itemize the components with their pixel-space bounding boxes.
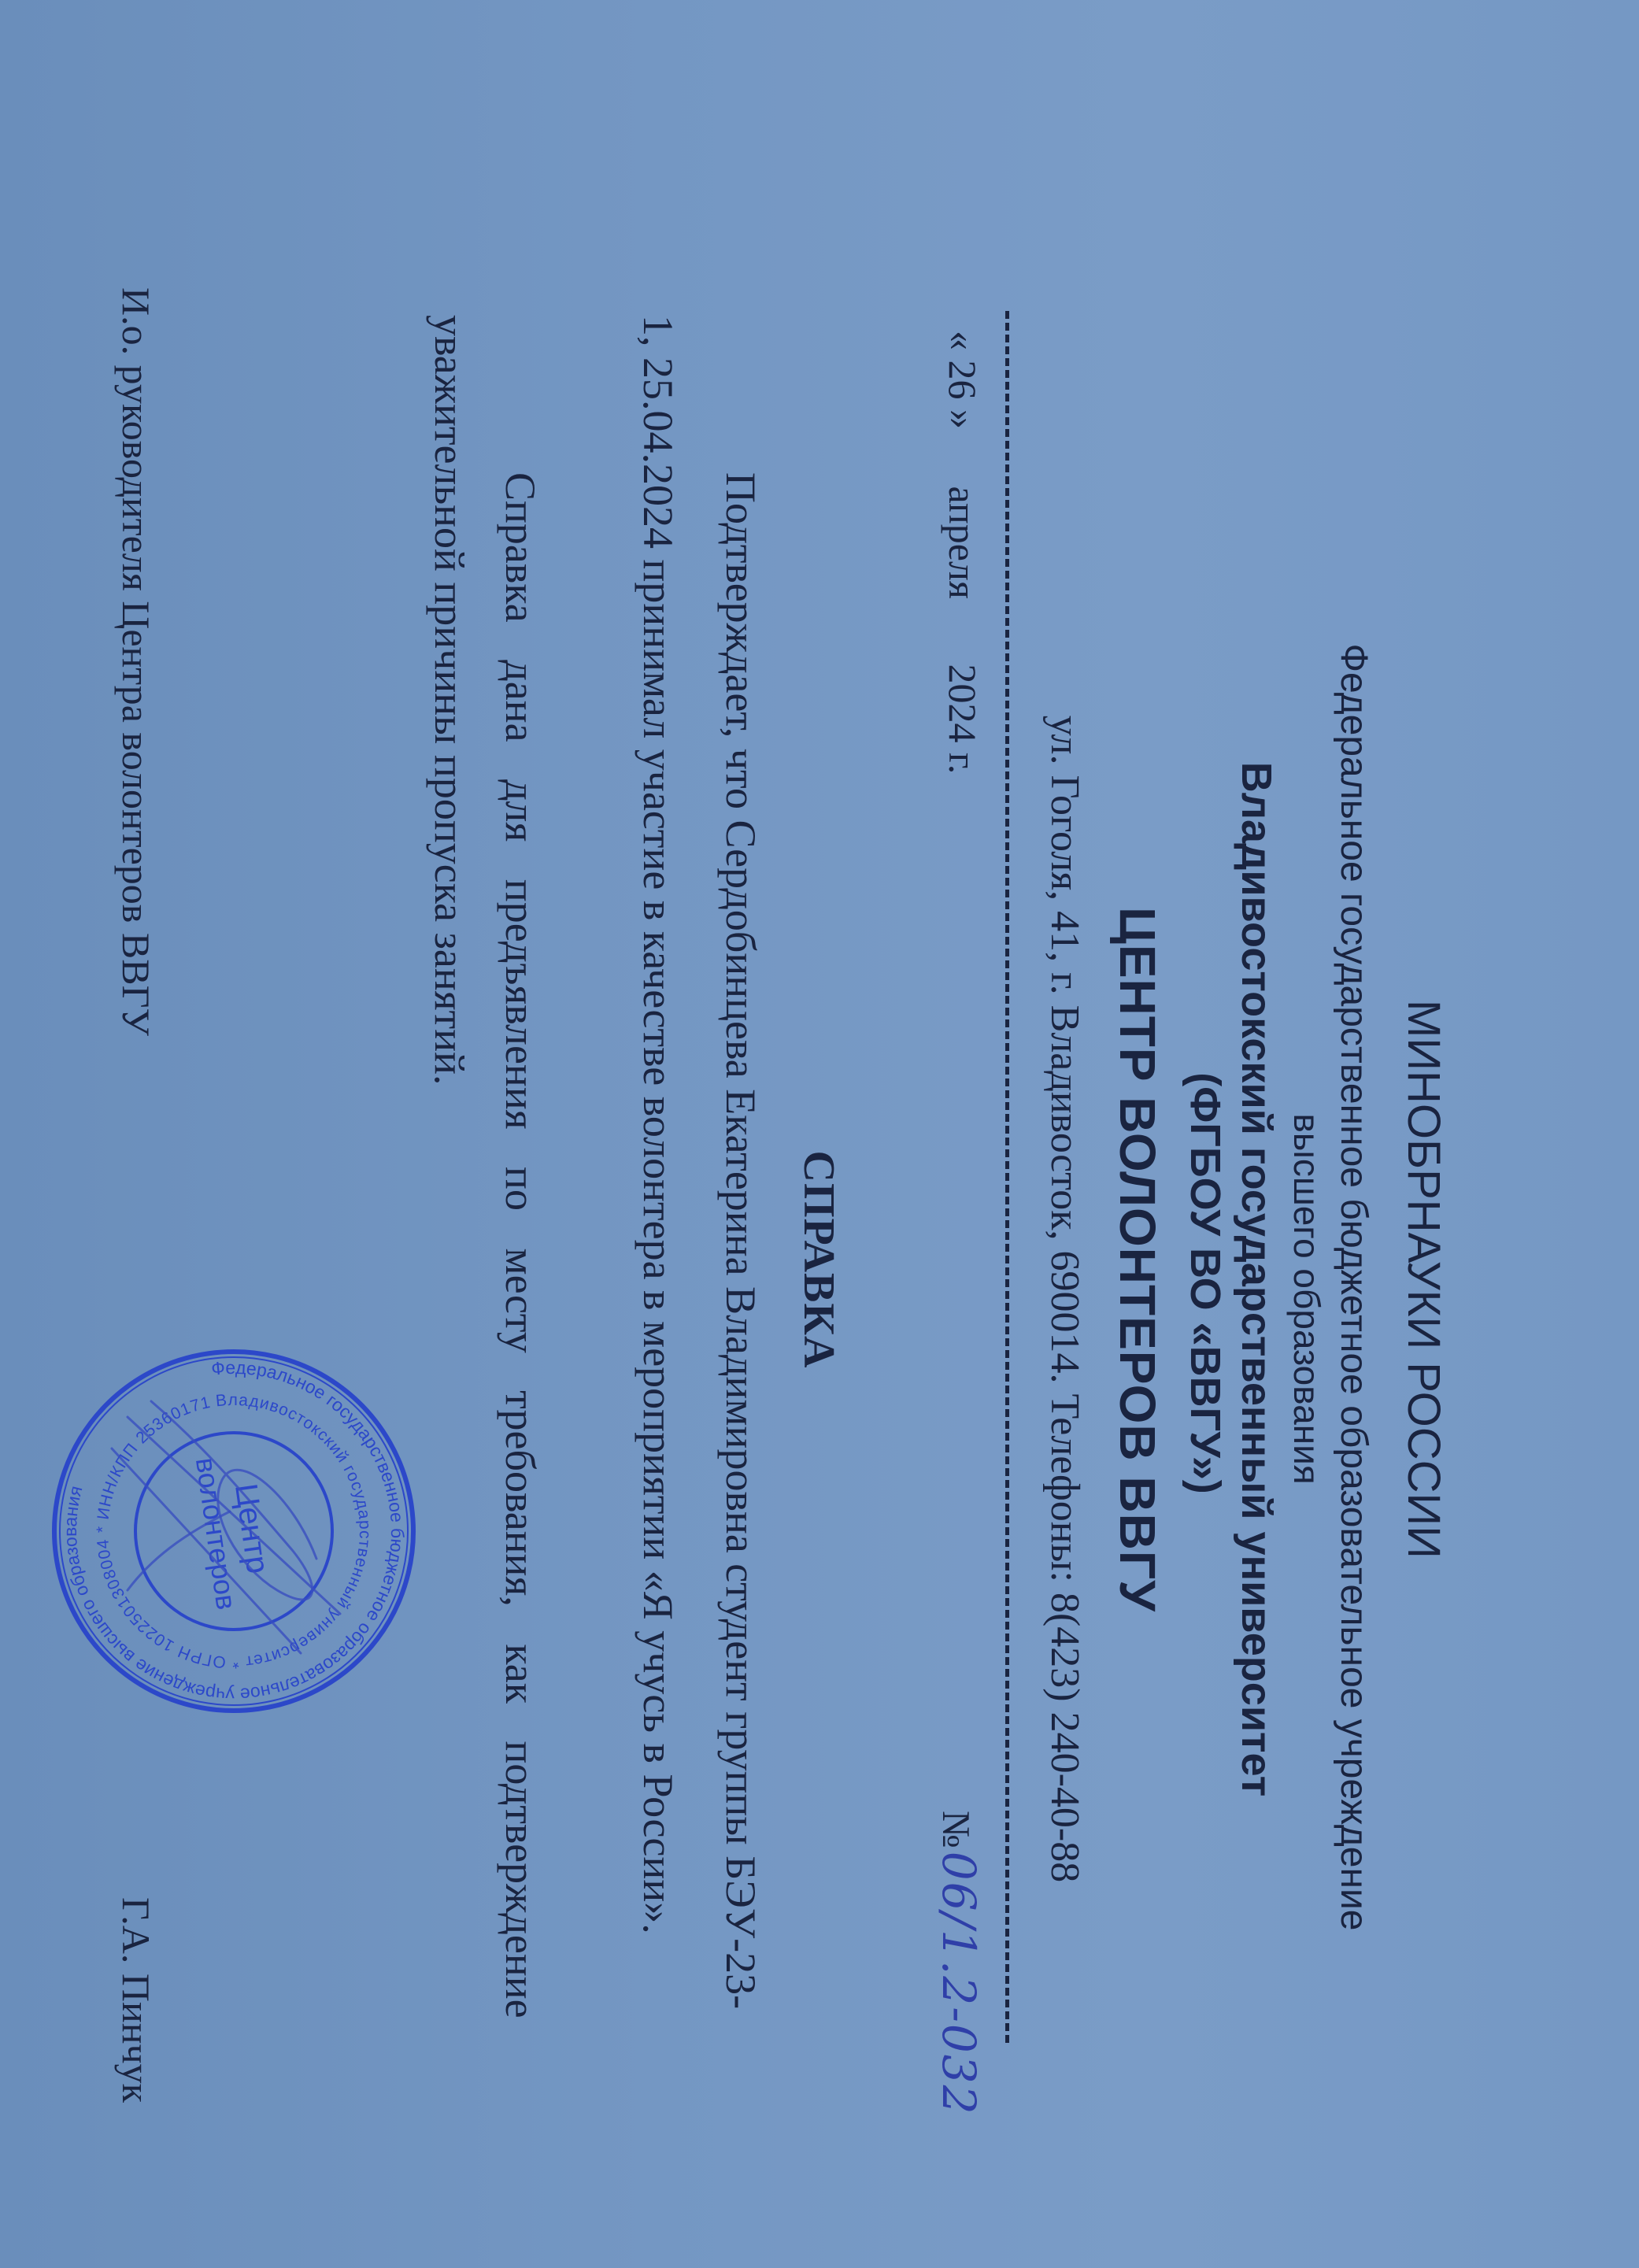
body-paragraph2-line1: Справка дана для предъявления по месту т… [496, 472, 545, 2018]
body-paragraph1-line2: 1, 25.04.2024 принимал участие в качеств… [634, 315, 683, 1934]
date-year: 2024 г. [940, 664, 986, 774]
certificate-document: МИНОБРНАУКИ РОССИИ Федеральное государст… [0, 0, 1639, 2268]
institution-type-line1: Федеральное государственное бюджетное об… [1332, 480, 1375, 2094]
institution-type-line2: высшего образования [1286, 1023, 1328, 1574]
date-month: апреля [940, 487, 986, 599]
number-label: № [934, 1811, 979, 1848]
address-line: ул. Гоголя, 41, г. Владивосток, 690014. … [1041, 709, 1088, 1889]
header-divider [1005, 311, 1009, 2043]
department-name: ЦЕНТР ВОЛОНТЕРОВ ВВГУ [1108, 827, 1167, 1693]
signatory-name: Г.А. Пинчук [113, 1897, 159, 2103]
handwritten-signature [72, 1354, 387, 1685]
ministry-name: МИНОБРНАУКИ РОССИИ [1397, 905, 1450, 1653]
body-paragraph1-line1: Подтверждает, что Сердобинцева Екатерина… [716, 472, 765, 2009]
university-name: Владивостокский государственный универси… [1232, 492, 1281, 2066]
university-abbreviation: (ФГБОУ ВО «ВВГУ») [1181, 929, 1230, 1637]
body-paragraph2-line2: уважительной причины пропуска занятий. [425, 315, 474, 1086]
number-handwritten: 06/1.2-032 [932, 1852, 986, 2116]
document-date: « 26 » апреля 2024 г. [940, 331, 986, 774]
signatory-role: И.о. руководителя Центра волонтеров ВВГУ [113, 287, 159, 1036]
document-title: СПРАВКА [794, 827, 844, 1693]
document-number: №06/1.2-032 [932, 1811, 986, 2116]
date-day: « 26 » [940, 331, 986, 429]
